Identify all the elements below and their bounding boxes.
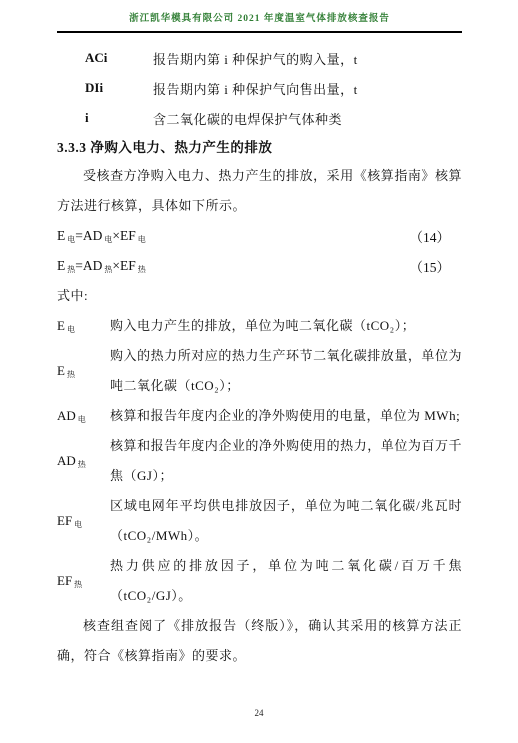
- formula-base: =AD: [75, 258, 102, 273]
- running-header: 浙江凯华模具有限公司 2021 年度温室气体排放核查报告: [57, 0, 462, 33]
- formula-subscript: 电: [138, 235, 146, 244]
- definition-term: AD热: [57, 453, 110, 469]
- term-base: AD: [57, 408, 76, 423]
- definition-line: 核算和报告年度内企业的净外购使用的电量，单位为 MWh;: [110, 401, 462, 431]
- definition-line: （tCO₂/GJ）。: [110, 581, 462, 611]
- conclusion-line-1: 核查组查阅了《排放报告（终版）》，确认其采用的核算方法正: [57, 611, 462, 641]
- document-page: 浙江凯华模具有限公司 2021 年度温室气体排放核查报告 ACi 报告期内第 i…: [0, 0, 518, 743]
- definition-desc: 区域电网年平均供电排放因子，单位为吨二氧化碳/兆瓦时 （tCO₂/MWh）。: [110, 491, 462, 551]
- page-number: 24: [0, 708, 518, 718]
- definition-line: 吨二氧化碳（tCO₂）；: [110, 371, 462, 401]
- formula-base: ×EF: [112, 258, 135, 273]
- term-base: E: [57, 363, 65, 378]
- formula-14: E电=AD电×EF电 （14）: [57, 221, 462, 251]
- definition-line: 购入电力产生的排放，单位为吨二氧化碳（tCO₂）；: [110, 311, 462, 341]
- definitions-list: E电 购入电力产生的排放，单位为吨二氧化碳（tCO₂）； E热 购入的热力所对应…: [57, 311, 462, 611]
- formula-15: E热=AD热×EF热 （15）: [57, 251, 462, 281]
- formula-base: =AD: [75, 228, 102, 243]
- conclusion-line-2: 确，符合《核算指南》的要求。: [57, 641, 462, 671]
- formula-subscript: 热: [67, 265, 75, 274]
- definition-desc: 热力供应的排放因子，单位为吨二氧化碳/百万千焦 （tCO₂/GJ）。: [110, 551, 462, 611]
- definition-line: 购入的热力所对应的热力生产环节二氧化碳排放量，单位为: [110, 341, 462, 371]
- symbol-table: ACi 报告期内第 i 种保护气的购入量，t DIi 报告期内第 i 种保护气向…: [57, 43, 462, 133]
- header-title: 浙江凯华模具有限公司 2021 年度温室气体排放核查报告: [129, 14, 390, 24]
- formula-subscript: 热: [138, 265, 146, 274]
- table-row: i 含二氧化碳的电焊保护气体种类: [57, 103, 462, 133]
- section-heading: 3.3.3 净购入电力、热力产生的排放: [57, 135, 462, 161]
- definition-desc: 购入的热力所对应的热力生产环节二氧化碳排放量，单位为 吨二氧化碳（tCO₂）；: [110, 341, 462, 401]
- definition-row: EF电 区域电网年平均供电排放因子，单位为吨二氧化碳/兆瓦时 （tCO₂/MWh…: [57, 491, 462, 551]
- definition-row: E电 购入电力产生的排放，单位为吨二氧化碳（tCO₂）；: [57, 311, 462, 341]
- definition-line: 核算和报告年度内企业的净外购使用的热力，单位为百万千: [110, 431, 462, 461]
- term-subscript: 热: [67, 370, 75, 379]
- term-subscript: 电: [78, 415, 86, 424]
- term-subscript: 热: [74, 580, 82, 589]
- symbol-term: i: [85, 110, 153, 126]
- formula-14-expression: E电=AD电×EF电: [57, 228, 146, 244]
- formula-base: E: [57, 228, 65, 243]
- formula-15-expression: E热=AD热×EF热: [57, 258, 146, 274]
- definition-line: （tCO₂/MWh）。: [110, 521, 462, 551]
- definition-term: EF热: [57, 573, 110, 589]
- where-label: 式中:: [57, 281, 462, 311]
- definition-term: EF电: [57, 513, 110, 529]
- formula-15-number: （15）: [410, 256, 451, 276]
- term-subscript: 电: [74, 520, 82, 529]
- definition-term: AD电: [57, 408, 110, 424]
- intro-paragraph-line-1: 受核查方净购入电力、热力产生的排放，采用《核算指南》核算: [57, 161, 462, 191]
- definition-line: 区域电网年平均供电排放因子，单位为吨二氧化碳/兆瓦时: [110, 491, 462, 521]
- definition-desc: 购入电力产生的排放，单位为吨二氧化碳（tCO₂）；: [110, 311, 462, 341]
- term-base: EF: [57, 513, 72, 528]
- symbol-desc: 报告期内第 i 种保护气的购入量，t: [153, 49, 462, 68]
- formula-base: ×EF: [112, 228, 135, 243]
- intro-paragraph-line-2: 方法进行核算，具体如下所示。: [57, 191, 462, 221]
- table-row: ACi 报告期内第 i 种保护气的购入量，t: [57, 43, 462, 73]
- definition-row: EF热 热力供应的排放因子，单位为吨二氧化碳/百万千焦 （tCO₂/GJ）。: [57, 551, 462, 611]
- page-content: 浙江凯华模具有限公司 2021 年度温室气体排放核查报告 ACi 报告期内第 i…: [57, 0, 462, 671]
- symbol-term: ACi: [85, 50, 153, 66]
- symbol-desc: 报告期内第 i 种保护气向售出量，t: [153, 79, 462, 98]
- formula-subscript: 电: [104, 235, 112, 244]
- symbol-desc: 含二氧化碳的电焊保护气体种类: [153, 109, 462, 128]
- definition-row: AD电 核算和报告年度内企业的净外购使用的电量，单位为 MWh;: [57, 401, 462, 431]
- symbol-term: DIi: [85, 80, 153, 96]
- definition-row: E热 购入的热力所对应的热力生产环节二氧化碳排放量，单位为 吨二氧化碳（tCO₂…: [57, 341, 462, 401]
- formula-subscript: 热: [104, 265, 112, 274]
- definition-term: E电: [57, 318, 110, 334]
- definition-line: 热力供应的排放因子，单位为吨二氧化碳/百万千焦: [110, 551, 462, 581]
- formula-base: E: [57, 258, 65, 273]
- formula-14-number: （14）: [410, 226, 451, 246]
- term-subscript: 热: [78, 460, 86, 469]
- definition-line: 焦（GJ）；: [110, 461, 462, 491]
- definition-term: E热: [57, 363, 110, 379]
- definition-desc: 核算和报告年度内企业的净外购使用的热力，单位为百万千 焦（GJ）；: [110, 431, 462, 491]
- formula-subscript: 电: [67, 235, 75, 244]
- table-row: DIi 报告期内第 i 种保护气向售出量，t: [57, 73, 462, 103]
- definition-row: AD热 核算和报告年度内企业的净外购使用的热力，单位为百万千 焦（GJ）；: [57, 431, 462, 491]
- term-base: E: [57, 318, 65, 333]
- term-base: EF: [57, 573, 72, 588]
- term-subscript: 电: [67, 325, 75, 334]
- term-base: AD: [57, 453, 76, 468]
- definition-desc: 核算和报告年度内企业的净外购使用的电量，单位为 MWh;: [110, 401, 462, 431]
